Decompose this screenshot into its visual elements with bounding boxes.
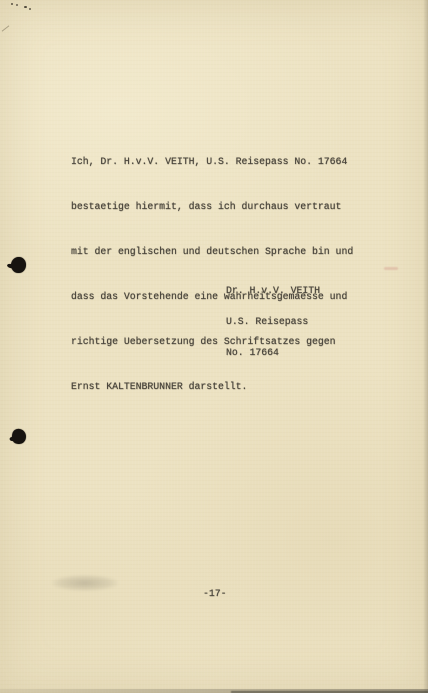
affidavit-line: bestaetige hiermit, dass ich durchaus ve… <box>71 199 353 214</box>
signature-passport-line: U.S. Reisepass <box>226 317 320 327</box>
affidavit-line: Ernst KALTENBRUNNER darstellt. <box>71 379 353 394</box>
affidavit-line: Ich, Dr. H.v.V. VEITH, U.S. Reisepass No… <box>71 154 353 169</box>
ink-speck <box>11 3 13 5</box>
scanned-document-page: Ich, Dr. H.v.V. VEITH, U.S. Reisepass No… <box>0 0 428 693</box>
pencil-smudge <box>52 575 118 591</box>
page-edge-shadow-right <box>423 0 428 693</box>
signature-name-line: Dr. H.v.V. VEITH <box>226 286 320 296</box>
ink-blot <box>11 428 27 445</box>
faint-red-mark <box>384 267 398 270</box>
scratch-mark <box>2 25 10 31</box>
ink-speck <box>29 8 31 10</box>
affidavit-line: mit der englischen und deutschen Sprache… <box>71 244 353 259</box>
ink-blot <box>11 257 26 273</box>
ink-speck <box>16 4 18 6</box>
signature-number-line: No. 17664 <box>226 348 320 358</box>
ink-speck <box>24 6 27 8</box>
page-number: -17- <box>203 589 227 599</box>
signature-block: Dr. H.v.V. VEITH U.S. Reisepass No. 1766… <box>226 266 320 378</box>
